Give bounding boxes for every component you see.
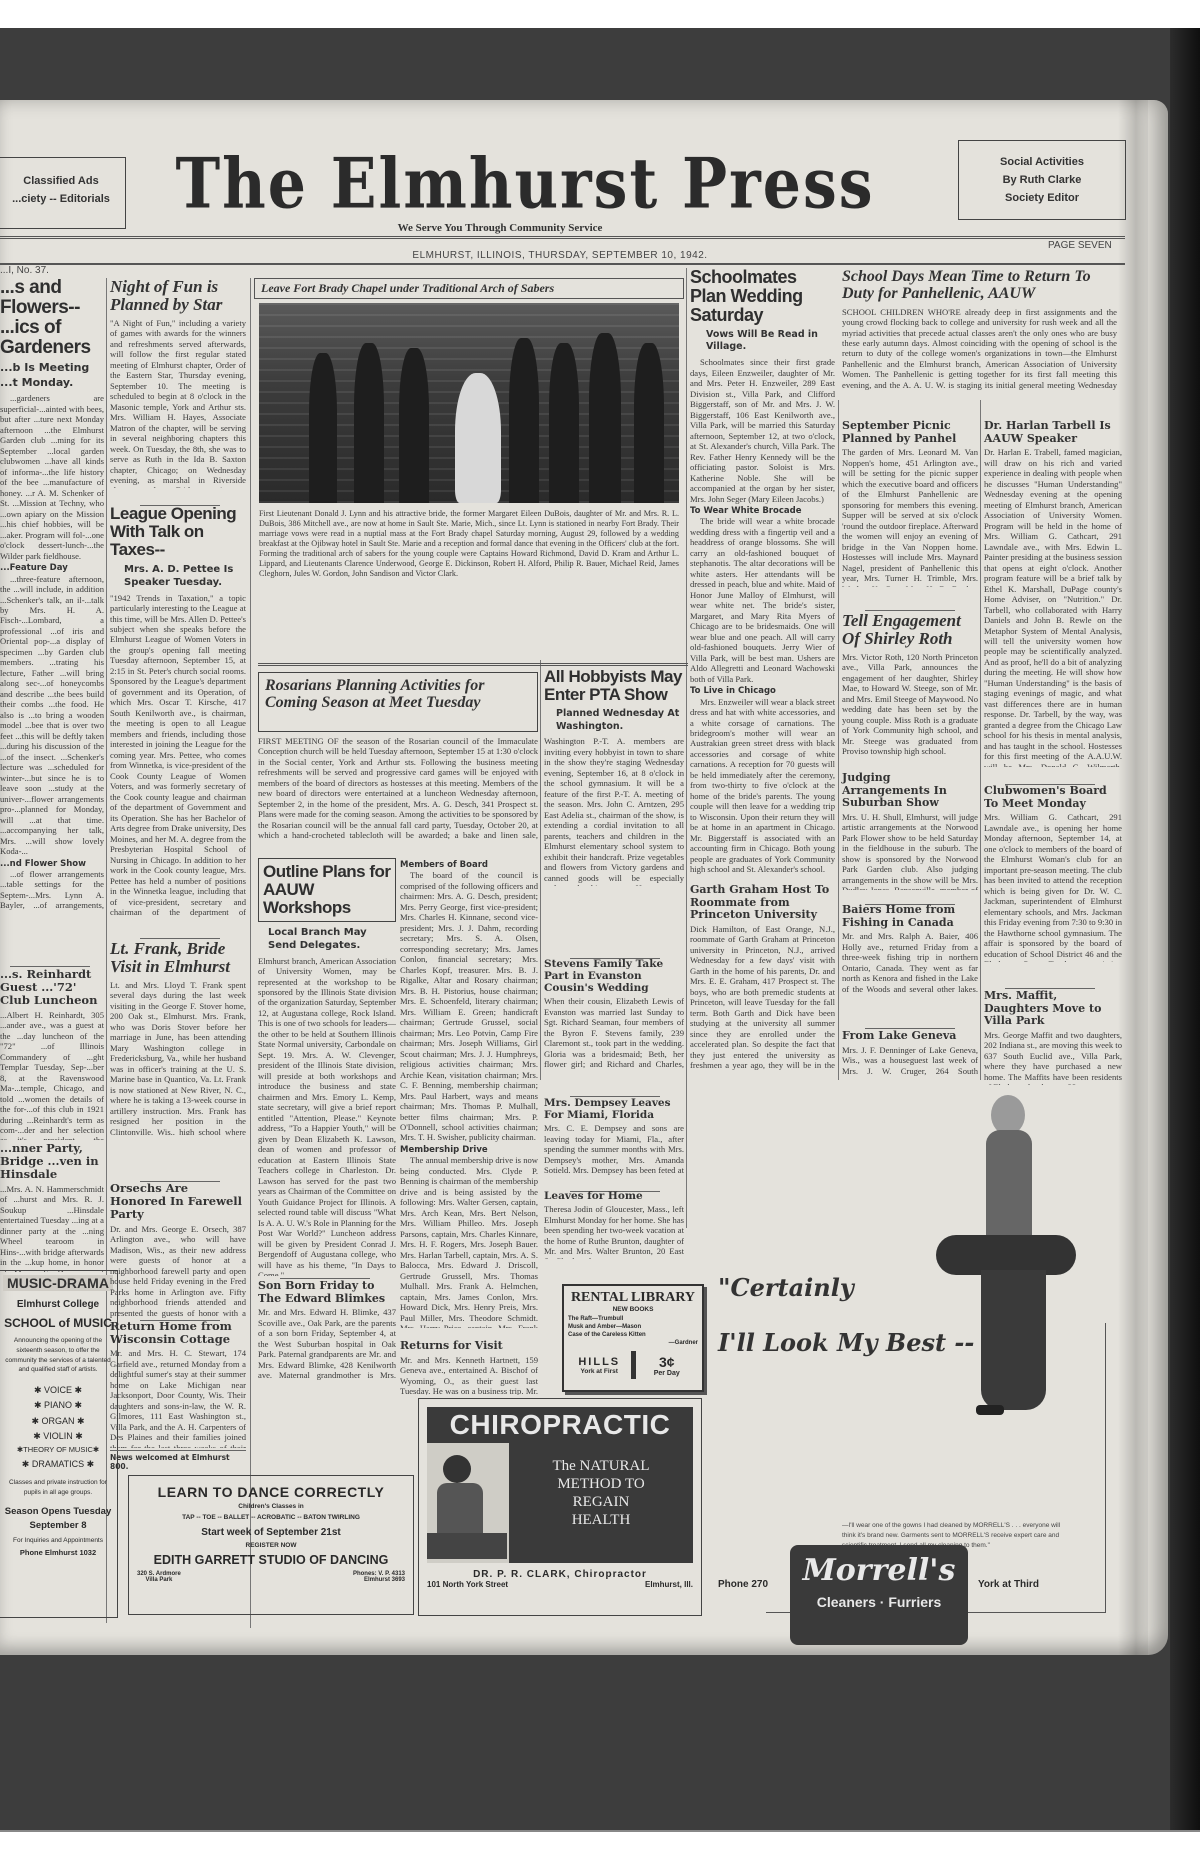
wedding-photo: [259, 303, 679, 503]
article-body: Mr. and Mrs. H. C. Stewart, 174 Garfield…: [110, 1348, 246, 1448]
ad-rental-books: The Raft—Trumbull Musk and Amber—Mason C…: [568, 1315, 698, 1347]
scan-right-edge: [1170, 28, 1200, 1830]
ad-music-item-violin: ✱ VIOLIN ✱: [3, 1429, 113, 1444]
ad-music-item-voice: ✱ VOICE ✱: [3, 1383, 113, 1398]
ad-music-date: September 8: [3, 1520, 113, 1531]
article-lake-geneva: From Lake Geneva Mrs. J. F. Denninger of…: [842, 1030, 978, 1078]
ad-morrells-phone: Phone 270: [718, 1579, 768, 1590]
ad-music-item-piano: ✱ PIANO ✱: [3, 1398, 113, 1413]
masthead-rule-bottom: [0, 263, 1125, 265]
headline: Dr. Harlan Tarbell Is AAUW Speaker: [984, 420, 1122, 445]
photo-bottom-rule: [258, 663, 688, 666]
article-outline-plans: Outline Plans for AAUW Workshops Local B…: [258, 858, 396, 1268]
article-body: Schoolmates since their first grade days…: [690, 357, 835, 882]
column-rule: [540, 660, 541, 1080]
newspaper-motto: We Serve You Through Community Service: [300, 222, 700, 234]
chiropractor-illustration: [427, 1443, 509, 1563]
ad-morrells-logo: Morrell's Cleaners · Furriers: [790, 1545, 968, 1645]
ad-dance-phones: Phones: V. P. 4313Elmhurst 3693: [353, 1571, 405, 1583]
headline: ...s and Flowers-- ...ics of Gardeners: [0, 278, 104, 358]
article-body: ...Albert H. Reinhardt, 305 ...ander ave…: [0, 1010, 104, 1140]
article-picnic: September Picnic Planned by Panhel The g…: [842, 420, 978, 595]
ad-music-item-theory: ✱THEORY OF MUSIC✱: [3, 1444, 113, 1457]
headline: Judging Arrangements In Suburban Show: [842, 772, 978, 810]
article-maffit: Mrs. Maffit, Daughters Move to Villa Par…: [984, 990, 1122, 1080]
headline: Rosarians Planning Activities for Coming…: [258, 672, 538, 732]
ad-rental-title: RENTAL LIBRARY: [568, 1290, 698, 1306]
column-rule: [686, 268, 687, 1228]
article-body: Dr. Harlan E. Trabell, famed magician, w…: [984, 447, 1122, 767]
article-stevens: Stevens Family Take Part in Evanston Cou…: [544, 958, 684, 1078]
ad-morrells-headline-1: "Certainly: [718, 1275, 854, 1301]
headline: Stevens Family Take Part in Evanston Cou…: [544, 958, 684, 994]
article-rosarians-continued: Members of Board The board of the counci…: [400, 858, 538, 1338]
photo-caption: First Lieutenant Donald J. Lynn and his …: [259, 509, 679, 607]
article-body: ...Mrs. A. N. Hammerschmidt of ...hurst …: [0, 1184, 104, 1272]
ad-chiro-tagline: The NATURAL METHOD TO REGAIN HEALTH: [509, 1443, 693, 1563]
headline: Mrs. Maffit, Daughters Move to Villa Par…: [984, 990, 1122, 1028]
headline: All Hobbyists May Enter PTA Show: [544, 668, 684, 704]
ad-morrells-services: Cleaners · Furriers: [790, 1594, 968, 1610]
ad-dance-styles: TAP -- TOE -- BALLET -- ACROBATIC -- BAT…: [137, 1514, 405, 1521]
article-hobbyists: All Hobbyists May Enter PTA Show Planned…: [544, 668, 684, 868]
headline: School Days Mean Time to Return To Duty …: [842, 268, 1117, 303]
ad-music-phone: Phone Elmhurst 1032: [3, 1548, 113, 1557]
column-rule: [250, 278, 251, 1628]
ad-music-inquiries: For Inquiries and Appointments: [3, 1537, 113, 1544]
ad-music-item-organ: ✱ ORGAN ✱: [3, 1414, 113, 1429]
article-body: Mr. and Mrs. Kenneth Hartnett, 159 Genev…: [400, 1355, 538, 1395]
ad-dance-address: 320 S. ArdmoreVilla Park: [137, 1571, 181, 1583]
deck: Local Branch May Send Delegates.: [258, 926, 396, 953]
ad-music-items: ✱ VOICE ✱ ✱ PIANO ✱ ✱ ORGAN ✱ ✱ VIOLIN ✱…: [3, 1383, 113, 1472]
masthead-rule-top: [0, 236, 1125, 239]
ad-morrells-location: York at Third: [978, 1579, 1039, 1590]
deck: Mrs. A. D. Pettee Is Speaker Tuesday.: [110, 563, 246, 590]
ad-rental-sub: NEW BOOKS: [568, 1306, 698, 1313]
column-rule: [980, 400, 981, 1080]
article-dinner-party: ...nner Party, Bridge ...ven in Hinsdale…: [0, 1142, 104, 1268]
left-ear-line-1: Classified Ads: [0, 172, 125, 190]
headline: League Opening With Talk on Taxes--: [110, 505, 246, 559]
headline: Night of Fun is Planned by Star: [110, 278, 246, 315]
headline: Schoolmates Plan Wedding Saturday: [690, 268, 835, 325]
article-reinhardt: ...s. Reinhardt Guest ...'72' Club Lunch…: [0, 968, 104, 1138]
scan-bottom-border: [0, 1830, 1200, 1832]
article-body: Mrs. J. F. Denninger of Lake Geneva, Wis…: [842, 1045, 978, 1077]
left-ear-box: Classified Ads ...ciety -- Editorials: [0, 157, 126, 229]
ad-chiropractic: CHIROPRACTIC The NATURAL METHOD TO REGAI…: [418, 1398, 702, 1616]
photo-headline: Leave Fort Brady Chapel under Traditiona…: [254, 278, 684, 299]
article-school-days: School Days Mean Time to Return To Duty …: [842, 268, 1117, 398]
article-body: Mr. and Mrs. Ralph A. Baier, 406 Holly a…: [842, 931, 978, 996]
right-ear-box: Social Activities By Ruth Clarke Society…: [958, 140, 1126, 220]
article-body: Mr. and Mrs. Edward H. Blimke, 437 Scovi…: [258, 1307, 396, 1382]
article-body: Mrs. U. H. Shull, Elmhurst, will judge a…: [842, 812, 978, 890]
article-garth: Garth Graham Host To Roommate from Princ…: [690, 884, 835, 1084]
headline: Leaves for Home: [544, 1190, 684, 1202]
article-engagement: Tell Engagement Of Shirley Roth Mrs. Vic…: [842, 612, 978, 782]
article-blimkes: Son Born Friday to The Edward Blimkes Mr…: [258, 1280, 396, 1390]
article-body: The garden of Mrs. Leonard M. Van Noppen…: [842, 447, 978, 587]
news-welcomed-footer: News welcomed at Elmhurst 800.: [110, 1450, 246, 1471]
article-body: Dr. and Mrs. George E. Orsech, 387 Arlin…: [110, 1224, 246, 1319]
article-league: League Opening With Talk on Taxes-- Mrs.…: [110, 505, 246, 905]
ad-dance-start: Start week of September 21st: [137, 1527, 405, 1538]
left-ear-line-2: ...ciety -- Editorials: [0, 190, 125, 208]
deck: Vows Will Be Read in Village.: [690, 329, 835, 355]
ad-dance-title: LEARN TO DANCE CORRECTLY: [137, 1484, 405, 1500]
article-body: Dick Hamilton, of East Orange, N.J., roo…: [690, 924, 835, 1072]
newspaper-title: The Elmhurst Press: [160, 144, 890, 229]
ad-chiro-address: 101 North York Street: [427, 1580, 508, 1589]
article-leaves-home: Leaves for Home Theresa Jodin of Glouces…: [544, 1190, 684, 1270]
deck: Planned Wednesday At Washington.: [544, 708, 684, 734]
headline: Mrs. Dempsey Leaves For Miami, Florida: [544, 1097, 684, 1121]
headline: September Picnic Planned by Panhel: [842, 420, 978, 445]
article-body: "1942 Trends in Taxation," a topic parti…: [110, 593, 246, 918]
right-ear-line-1: Social Activities: [959, 153, 1125, 171]
article-orsechs: Orsechs Are Honored In Farewell Party Dr…: [110, 1182, 246, 1312]
ad-music-title: MUSIC-DRAMA: [3, 1275, 113, 1291]
ad-dance-studio: LEARN TO DANCE CORRECTLY Children's Clas…: [128, 1475, 414, 1615]
article-tarbell: Dr. Harlan Tarbell Is AAUW Speaker Dr. H…: [984, 420, 1122, 770]
headline: Garth Graham Host To Roommate from Princ…: [690, 884, 835, 922]
headline: ...s. Reinhardt Guest ...'72' Club Lunch…: [0, 968, 104, 1008]
article-wisconsin: Return Home from Wisconsin Cottage Mr. a…: [110, 1320, 246, 1470]
ad-music-college: Elmhurst College: [3, 1299, 113, 1310]
article-dempsey: Mrs. Dempsey Leaves For Miami, Florida M…: [544, 1097, 684, 1177]
ad-dance-register: REGISTER NOW: [137, 1542, 405, 1549]
headline: Lt. Frank, Bride Visit in Elmhurst: [110, 940, 246, 977]
headline: Returns for Visit: [400, 1340, 538, 1353]
article-body: "A Night of Fun," including a variety of…: [110, 318, 246, 488]
article-night-of-fun: Night of Fun is Planned by Star "A Night…: [110, 278, 246, 498]
article-judging: Judging Arrangements In Suburban Show Mr…: [842, 772, 978, 882]
article-baiers: Baiers Home from Fishing in Canada Mr. a…: [842, 904, 978, 1000]
volume-number: ...I, No. 37.: [0, 265, 49, 276]
headline: Orsechs Are Honored In Farewell Party: [110, 1182, 246, 1222]
headline: ...nner Party, Bridge ...ven in Hinsdale: [0, 1142, 104, 1182]
ad-chiro-banner: CHIROPRACTIC: [427, 1407, 693, 1443]
article-rosarians: Rosarians Planning Activities for Coming…: [258, 672, 538, 762]
headline: From Lake Geneva: [842, 1030, 978, 1043]
headline: Tell Engagement Of Shirley Roth: [842, 612, 978, 649]
article-returns-visit: Returns for Visit Mr. and Mrs. Kenneth H…: [400, 1340, 538, 1400]
article-body: When their cousin, Elizabeth Lewis of Ev…: [544, 996, 684, 1071]
column-rule: [838, 400, 839, 1080]
ad-dance-sub: Children's Classes in: [137, 1503, 405, 1510]
ad-chiro-doctor: DR. P. R. CLARK, Chiropractor: [427, 1569, 693, 1580]
article-body: Mrs. William G. Cathcart, 291 Lawndale a…: [984, 812, 1122, 962]
headline: Baiers Home from Fishing in Canada: [842, 904, 978, 929]
article-body: ...gardeners are superficial-...ainted w…: [0, 393, 104, 913]
article-body: Mrs. Victor Roth, 120 North Princeton av…: [842, 652, 978, 762]
article-body: SCHOOL CHILDREN WHO'RE already deep in f…: [842, 307, 1117, 392]
ad-morrells: "Certainly I'll Look My Best -- —I'll we…: [706, 1085, 1126, 1615]
right-ear-line-2: By Ruth Clarke: [959, 171, 1125, 189]
headline: Son Born Friday to The Edward Blimkes: [258, 1280, 396, 1305]
article-body: Elmhurst branch, American Association of…: [258, 956, 396, 1276]
article-body: Mrs. George Maffit and two daughters, 20…: [984, 1030, 1122, 1085]
photo-feature: Leave Fort Brady Chapel under Traditiona…: [254, 278, 684, 658]
article-schoolmates: Schoolmates Plan Wedding Saturday Vows W…: [690, 268, 835, 878]
ad-rental-price: 3¢: [636, 1354, 699, 1370]
article-lt-frank: Lt. Frank, Bride Visit in Elmhurst Lt. a…: [110, 940, 246, 1140]
headline: Return Home from Wisconsin Cottage: [110, 1320, 246, 1346]
headline: Clubwomen's Board To Meet Monday: [984, 785, 1122, 810]
ad-morrells-brand: Morrell's: [790, 1553, 968, 1588]
ad-music-season: Season Opens Tuesday: [3, 1506, 113, 1517]
article-body: Mrs. C. E. Dempsey and sons are leaving …: [544, 1123, 684, 1178]
article-body: Members of Board The board of the counci…: [400, 858, 538, 1328]
article-gardeners: ...s and Flowers-- ...ics of Gardeners .…: [0, 278, 104, 918]
ad-rental-per: Per Day: [636, 1370, 699, 1377]
ad-rental-store: HILLS: [568, 1356, 631, 1368]
ad-chiro-title: CHIROPRACTIC: [427, 1409, 693, 1441]
article-body: FIRST MEETING OF the season of the Rosar…: [258, 736, 538, 841]
article-clubwomen: Clubwomen's Board To Meet Monday Mrs. Wi…: [984, 785, 1122, 975]
deck: ...b Is Meeting ...t Monday.: [0, 361, 104, 391]
ad-rental-library: RENTAL LIBRARY NEW BOOKS The Raft—Trumbu…: [562, 1284, 704, 1392]
ad-rental-location: York at First: [568, 1368, 631, 1375]
headline: Outline Plans for AAUW Workshops: [258, 858, 396, 922]
article-body: Washington P.-T. A. members are inviting…: [544, 736, 684, 886]
ad-music-intro: Announcing the opening of the sixteenth …: [3, 1336, 113, 1375]
ad-dance-studio-name: EDITH GARRETT STUDIO OF DANCING: [137, 1553, 405, 1567]
ad-music-classes: Classes and private instruction for pupi…: [3, 1478, 113, 1498]
ad-music-item-dramatics: ✱ DRAMATICS ✱: [3, 1457, 113, 1472]
right-ear-line-3: Society Editor: [959, 189, 1125, 207]
article-body: Theresa Jodin of Gloucester, Mass., left…: [544, 1204, 684, 1259]
ad-elmhurst-music: MUSIC-DRAMA Elmhurst College SCHOOL of M…: [0, 1270, 118, 1618]
dateline: ELMHURST, ILLINOIS, THURSDAY, SEPTEMBER …: [330, 250, 790, 261]
article-body: Lt. and Mrs. Lloyd T. Frank spent severa…: [110, 980, 246, 1135]
page-number: PAGE SEVEN: [1048, 240, 1112, 251]
ad-chiro-city: Elmhurst, Ill.: [645, 1580, 693, 1589]
ad-music-school: SCHOOL of MUSIC: [3, 1316, 113, 1330]
